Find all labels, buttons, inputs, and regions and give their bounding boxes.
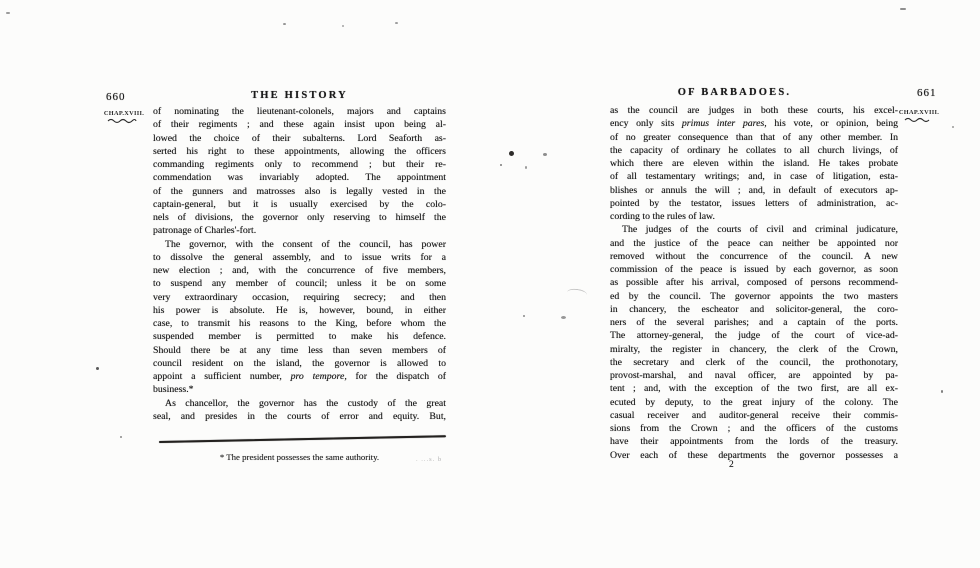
book-spread: 660 THE HISTORY Chap.XVIII. of nominatin… bbox=[0, 0, 980, 568]
text-line: commission of the peace is issued by eac… bbox=[610, 263, 898, 276]
text-line: tent ; and, with the exception of the tw… bbox=[610, 382, 898, 395]
text-line: to suspend any member of council; unless… bbox=[153, 277, 446, 290]
text-line: new election ; and, with the concurrence… bbox=[153, 264, 446, 277]
text-line: casual receiver and auditor-general rece… bbox=[610, 409, 898, 422]
text-line: The attorney-general, the judge of the c… bbox=[610, 329, 898, 342]
text-line: Over each of these departments the gover… bbox=[610, 449, 898, 462]
text-line: nels of divisions, the governor only res… bbox=[153, 211, 446, 224]
text-line: lowed the choice of their subalterns. Lo… bbox=[153, 132, 446, 145]
signature-mark: 2 bbox=[729, 460, 734, 470]
text-line: removed without the concurrence of the c… bbox=[610, 250, 898, 263]
text-line: as the council are judges in both these … bbox=[610, 104, 898, 117]
footnote: * The president possesses the same autho… bbox=[153, 452, 446, 462]
text-line: provost-marshal, and naval officer, are … bbox=[610, 369, 898, 382]
text-line: appoint a sufficient number, pro tempore… bbox=[153, 370, 446, 383]
left-running-head: THE HISTORY bbox=[153, 90, 446, 101]
text-line: council resident on the island, the gove… bbox=[153, 357, 446, 370]
text-line: blishes or annuls the will ; and, in def… bbox=[610, 184, 898, 197]
text-line: of no greater consequence than that of a… bbox=[610, 131, 898, 144]
text-line: cording to the rules of law. bbox=[610, 210, 898, 223]
scan-speck bbox=[525, 166, 527, 169]
scan-speck bbox=[561, 316, 566, 319]
text-line: very extraordinary occasion, requiring s… bbox=[153, 291, 446, 304]
scan-speck bbox=[543, 153, 547, 156]
left-page-number: 660 bbox=[106, 91, 126, 103]
text-line: have their appointments from the lords o… bbox=[610, 435, 898, 448]
scan-speck bbox=[283, 23, 286, 25]
text-line: pointed by the testator, issues letters … bbox=[610, 197, 898, 210]
scan-speck bbox=[6, 12, 10, 14]
text-line: the capacity of ordinary he collates to … bbox=[610, 144, 898, 157]
right-chapter-note-label: Chap.XVIII. bbox=[899, 109, 939, 116]
text-line: The governor, with the consent of the co… bbox=[153, 238, 446, 251]
left-page-text: of nominating the lieutenant-colonels, m… bbox=[153, 105, 446, 423]
left-chapter-note: Chap.XVIII. bbox=[100, 110, 148, 124]
text-line: which there are eleven within the island… bbox=[610, 157, 898, 170]
text-line: ency only sits primus inter pares, his v… bbox=[610, 117, 898, 130]
scan-speck bbox=[509, 151, 514, 156]
text-line: business.* bbox=[153, 383, 446, 396]
scan-speck bbox=[952, 126, 954, 128]
text-line: patronage of Charles'-fort. bbox=[153, 224, 446, 237]
text-line: ners of the several parishes; and a capt… bbox=[610, 316, 898, 329]
text-line: sions from the Crown ; and the officers … bbox=[610, 422, 898, 435]
text-line: of nominating the lieutenant-colonels, m… bbox=[153, 105, 446, 118]
scan-speck bbox=[395, 22, 398, 24]
text-line: The judges of the courts of civil and cr… bbox=[610, 223, 898, 236]
text-line: as possible after his arrival, composed … bbox=[610, 276, 898, 289]
scan-speck bbox=[566, 288, 587, 300]
text-line: As chancellor, the governor has the cust… bbox=[153, 397, 446, 410]
flourish-underline-icon bbox=[904, 117, 930, 123]
text-line: and the justice of the peace can neither… bbox=[610, 237, 898, 250]
text-line: seal, and presides in the courts of erro… bbox=[153, 410, 446, 423]
text-line: serted his right to these appointments, … bbox=[153, 145, 446, 158]
text-line: of the gunners and matrosses also is leg… bbox=[153, 185, 446, 198]
text-line: to dissolve the general assembly, and to… bbox=[153, 251, 446, 264]
scan-speck bbox=[523, 315, 525, 317]
text-line: of their regiments ; and these again ins… bbox=[153, 118, 446, 131]
text-line: ecuted by deputy, to the great injury of… bbox=[610, 396, 898, 409]
text-line: commendation was invariably adopted. The… bbox=[153, 171, 446, 184]
text-line: captain-general, but it is usually exerc… bbox=[153, 198, 446, 211]
scan-speck bbox=[120, 436, 122, 438]
text-line: his power is absolute. He is, however, b… bbox=[153, 304, 446, 317]
scan-speck bbox=[900, 8, 906, 10]
left-chapter-note-label: Chap.XVIII. bbox=[104, 110, 144, 117]
scan-speck bbox=[500, 164, 502, 166]
scan-speck bbox=[941, 390, 943, 393]
right-running-head: OF BARBADOES. bbox=[592, 87, 877, 98]
text-line: ed by the council. The governor appoints… bbox=[610, 290, 898, 303]
right-page-text: as the council are judges in both these … bbox=[610, 104, 898, 462]
text-line: the secretary and clerk of the council, … bbox=[610, 356, 898, 369]
text-line: of all testamentary writings; and, in ca… bbox=[610, 170, 898, 183]
right-chapter-note: Chap.XVIII. bbox=[895, 109, 943, 123]
text-line: suspended member is permitted to make hi… bbox=[153, 330, 446, 343]
text-line: in chancery, the escheator and solicitor… bbox=[610, 303, 898, 316]
scan-speck bbox=[342, 25, 344, 27]
footnote-scribble: . ...s. b bbox=[416, 456, 442, 463]
right-page-number: 661 bbox=[917, 87, 937, 99]
text-line: Should there be at any time less than se… bbox=[153, 344, 446, 357]
scan-speck bbox=[96, 367, 99, 370]
text-line: case, to transmit his reasons to the Kin… bbox=[153, 317, 446, 330]
text-line: miralty, the register in chancery, the c… bbox=[610, 343, 898, 356]
flourish-underline-icon bbox=[107, 118, 137, 124]
text-line: commanding regiments only to recommend ;… bbox=[153, 158, 446, 171]
footnote-rule bbox=[159, 435, 446, 443]
